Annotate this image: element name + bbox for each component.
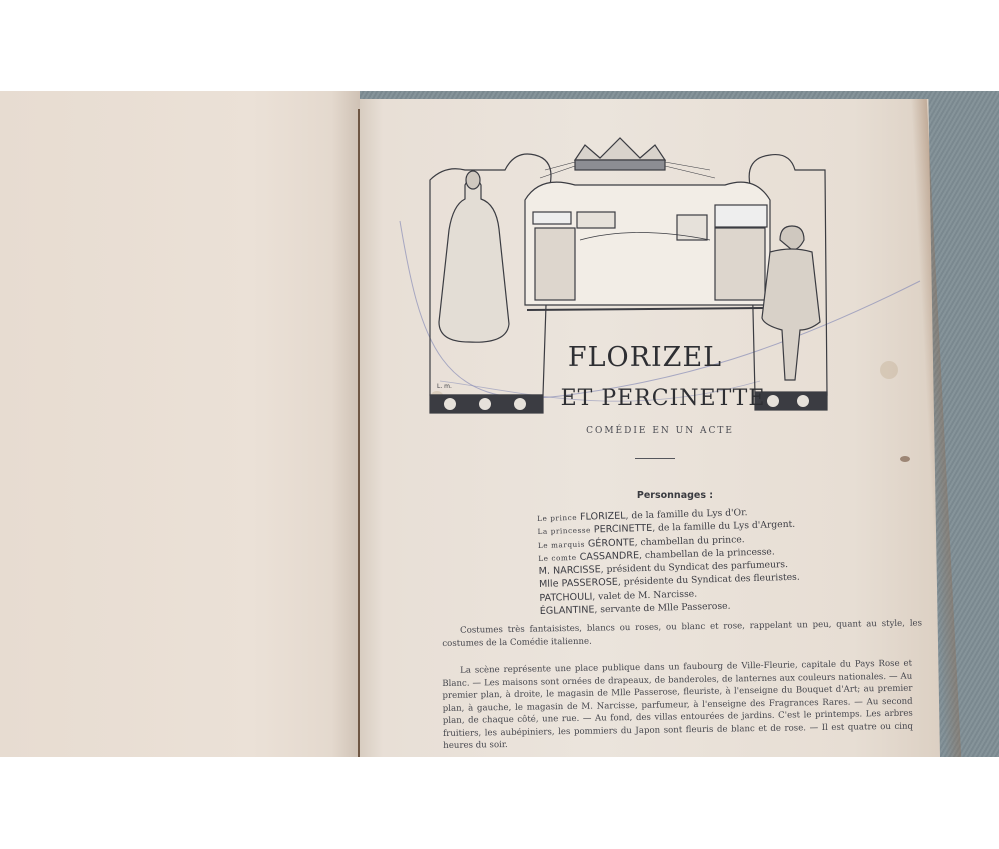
character-list: Le prince FLORIZEL, de la famille du Lys… bbox=[537, 504, 840, 619]
paper-spot bbox=[900, 456, 910, 462]
subtitle-comedie: COMÉDIE EN UN ACTE bbox=[560, 426, 760, 436]
title-florizel: FLORIZEL bbox=[520, 342, 770, 373]
foxing-stain bbox=[880, 361, 898, 379]
svg-text:L. m.: L. m. bbox=[437, 383, 452, 390]
divider-rule bbox=[635, 458, 675, 459]
title-et-percinette: ET PERCINETTE bbox=[548, 386, 778, 411]
left-page-blank bbox=[0, 91, 360, 757]
personnages-heading: Personnages : bbox=[615, 490, 735, 501]
scene-description-paragraph: La scène représente une place publique d… bbox=[442, 658, 913, 753]
book-spine-gutter bbox=[358, 109, 360, 757]
